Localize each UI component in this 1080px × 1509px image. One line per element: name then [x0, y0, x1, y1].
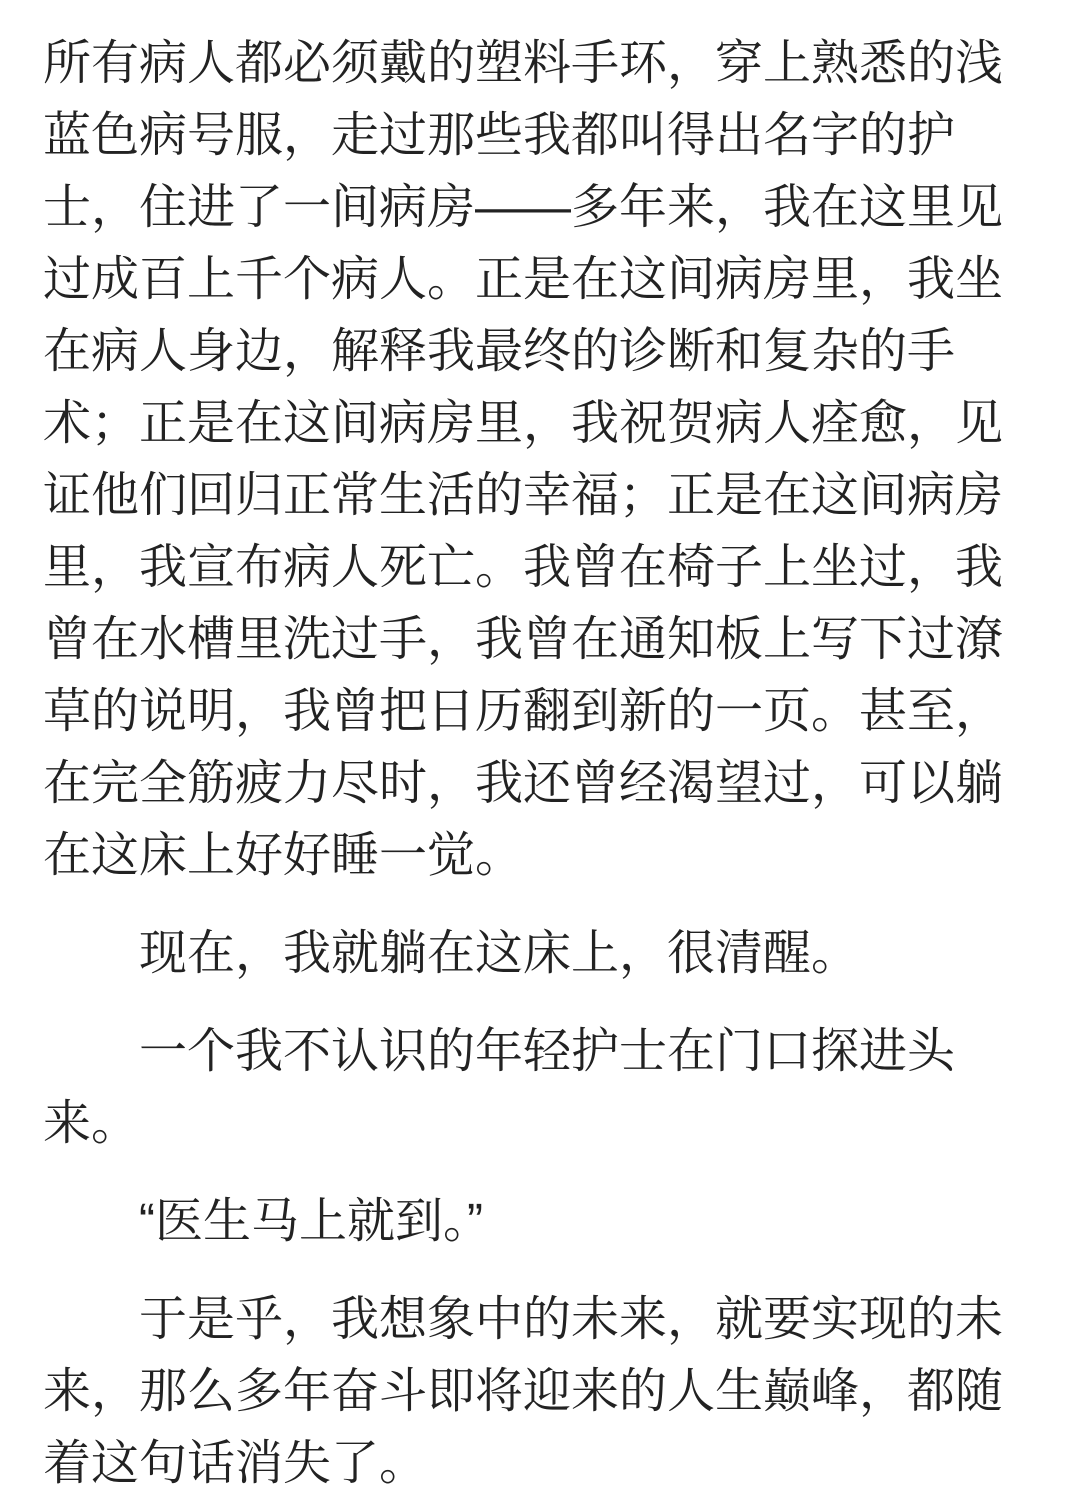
text-line: 来。	[43, 1088, 1050, 1160]
text-line: 里，我宣布病人死亡。我曾在椅子上坐过，我	[43, 532, 1050, 604]
reading-page[interactable]: 所有病人都必须戴的塑料手环，穿上熟悉的浅 蓝色病号服，走过那些我都叫得出名字的护…	[0, 0, 1080, 1509]
text-line: 士，住进了一间病房——多年来，我在这里见	[43, 172, 1050, 244]
text-line: 所有病人都必须戴的塑料手环，穿上熟悉的浅	[43, 28, 1050, 100]
paragraph: 现在，我就躺在这床上，很清醒。	[43, 918, 1050, 990]
text-line: 证他们回归正常生活的幸福；正是在这间病房	[43, 460, 1050, 532]
text-line: 在完全筋疲力尽时，我还曾经渴望过，可以躺	[43, 748, 1050, 820]
text-line: 在病人身边，解释我最终的诊断和复杂的手	[43, 316, 1050, 388]
paragraph: 一个我不认识的年轻护士在门口探进头 来。	[43, 1016, 1050, 1160]
text-line: 曾在水槽里洗过手，我曾在通知板上写下过潦	[43, 604, 1050, 676]
text-line: 术；正是在这间病房里，我祝贺病人痊愈，见	[43, 388, 1050, 460]
paragraph: 所有病人都必须戴的塑料手环，穿上熟悉的浅 蓝色病号服，走过那些我都叫得出名字的护…	[43, 28, 1050, 892]
text-line: 一个我不认识的年轻护士在门口探进头	[43, 1016, 1050, 1088]
text-line: 着这句话消失了。	[43, 1428, 1050, 1500]
paragraph: 于是乎，我想象中的未来，就要实现的未 来，那么多年奋斗即将迎来的人生巅峰，都随 …	[43, 1284, 1050, 1500]
text-line: “医生马上就到。”	[43, 1186, 1050, 1258]
text-line: 现在，我就躺在这床上，很清醒。	[43, 918, 1050, 990]
text-line: 草的说明，我曾把日历翻到新的一页。甚至，	[43, 676, 1050, 748]
text-line: 来，那么多年奋斗即将迎来的人生巅峰，都随	[43, 1356, 1050, 1428]
text-line: 蓝色病号服，走过那些我都叫得出名字的护	[43, 100, 1050, 172]
text-line: 在这床上好好睡一觉。	[43, 820, 1050, 892]
text-line: 过成百上千个病人。正是在这间病房里，我坐	[43, 244, 1050, 316]
paragraph: “医生马上就到。”	[43, 1186, 1050, 1258]
text-line: 于是乎，我想象中的未来，就要实现的未	[43, 1284, 1050, 1356]
